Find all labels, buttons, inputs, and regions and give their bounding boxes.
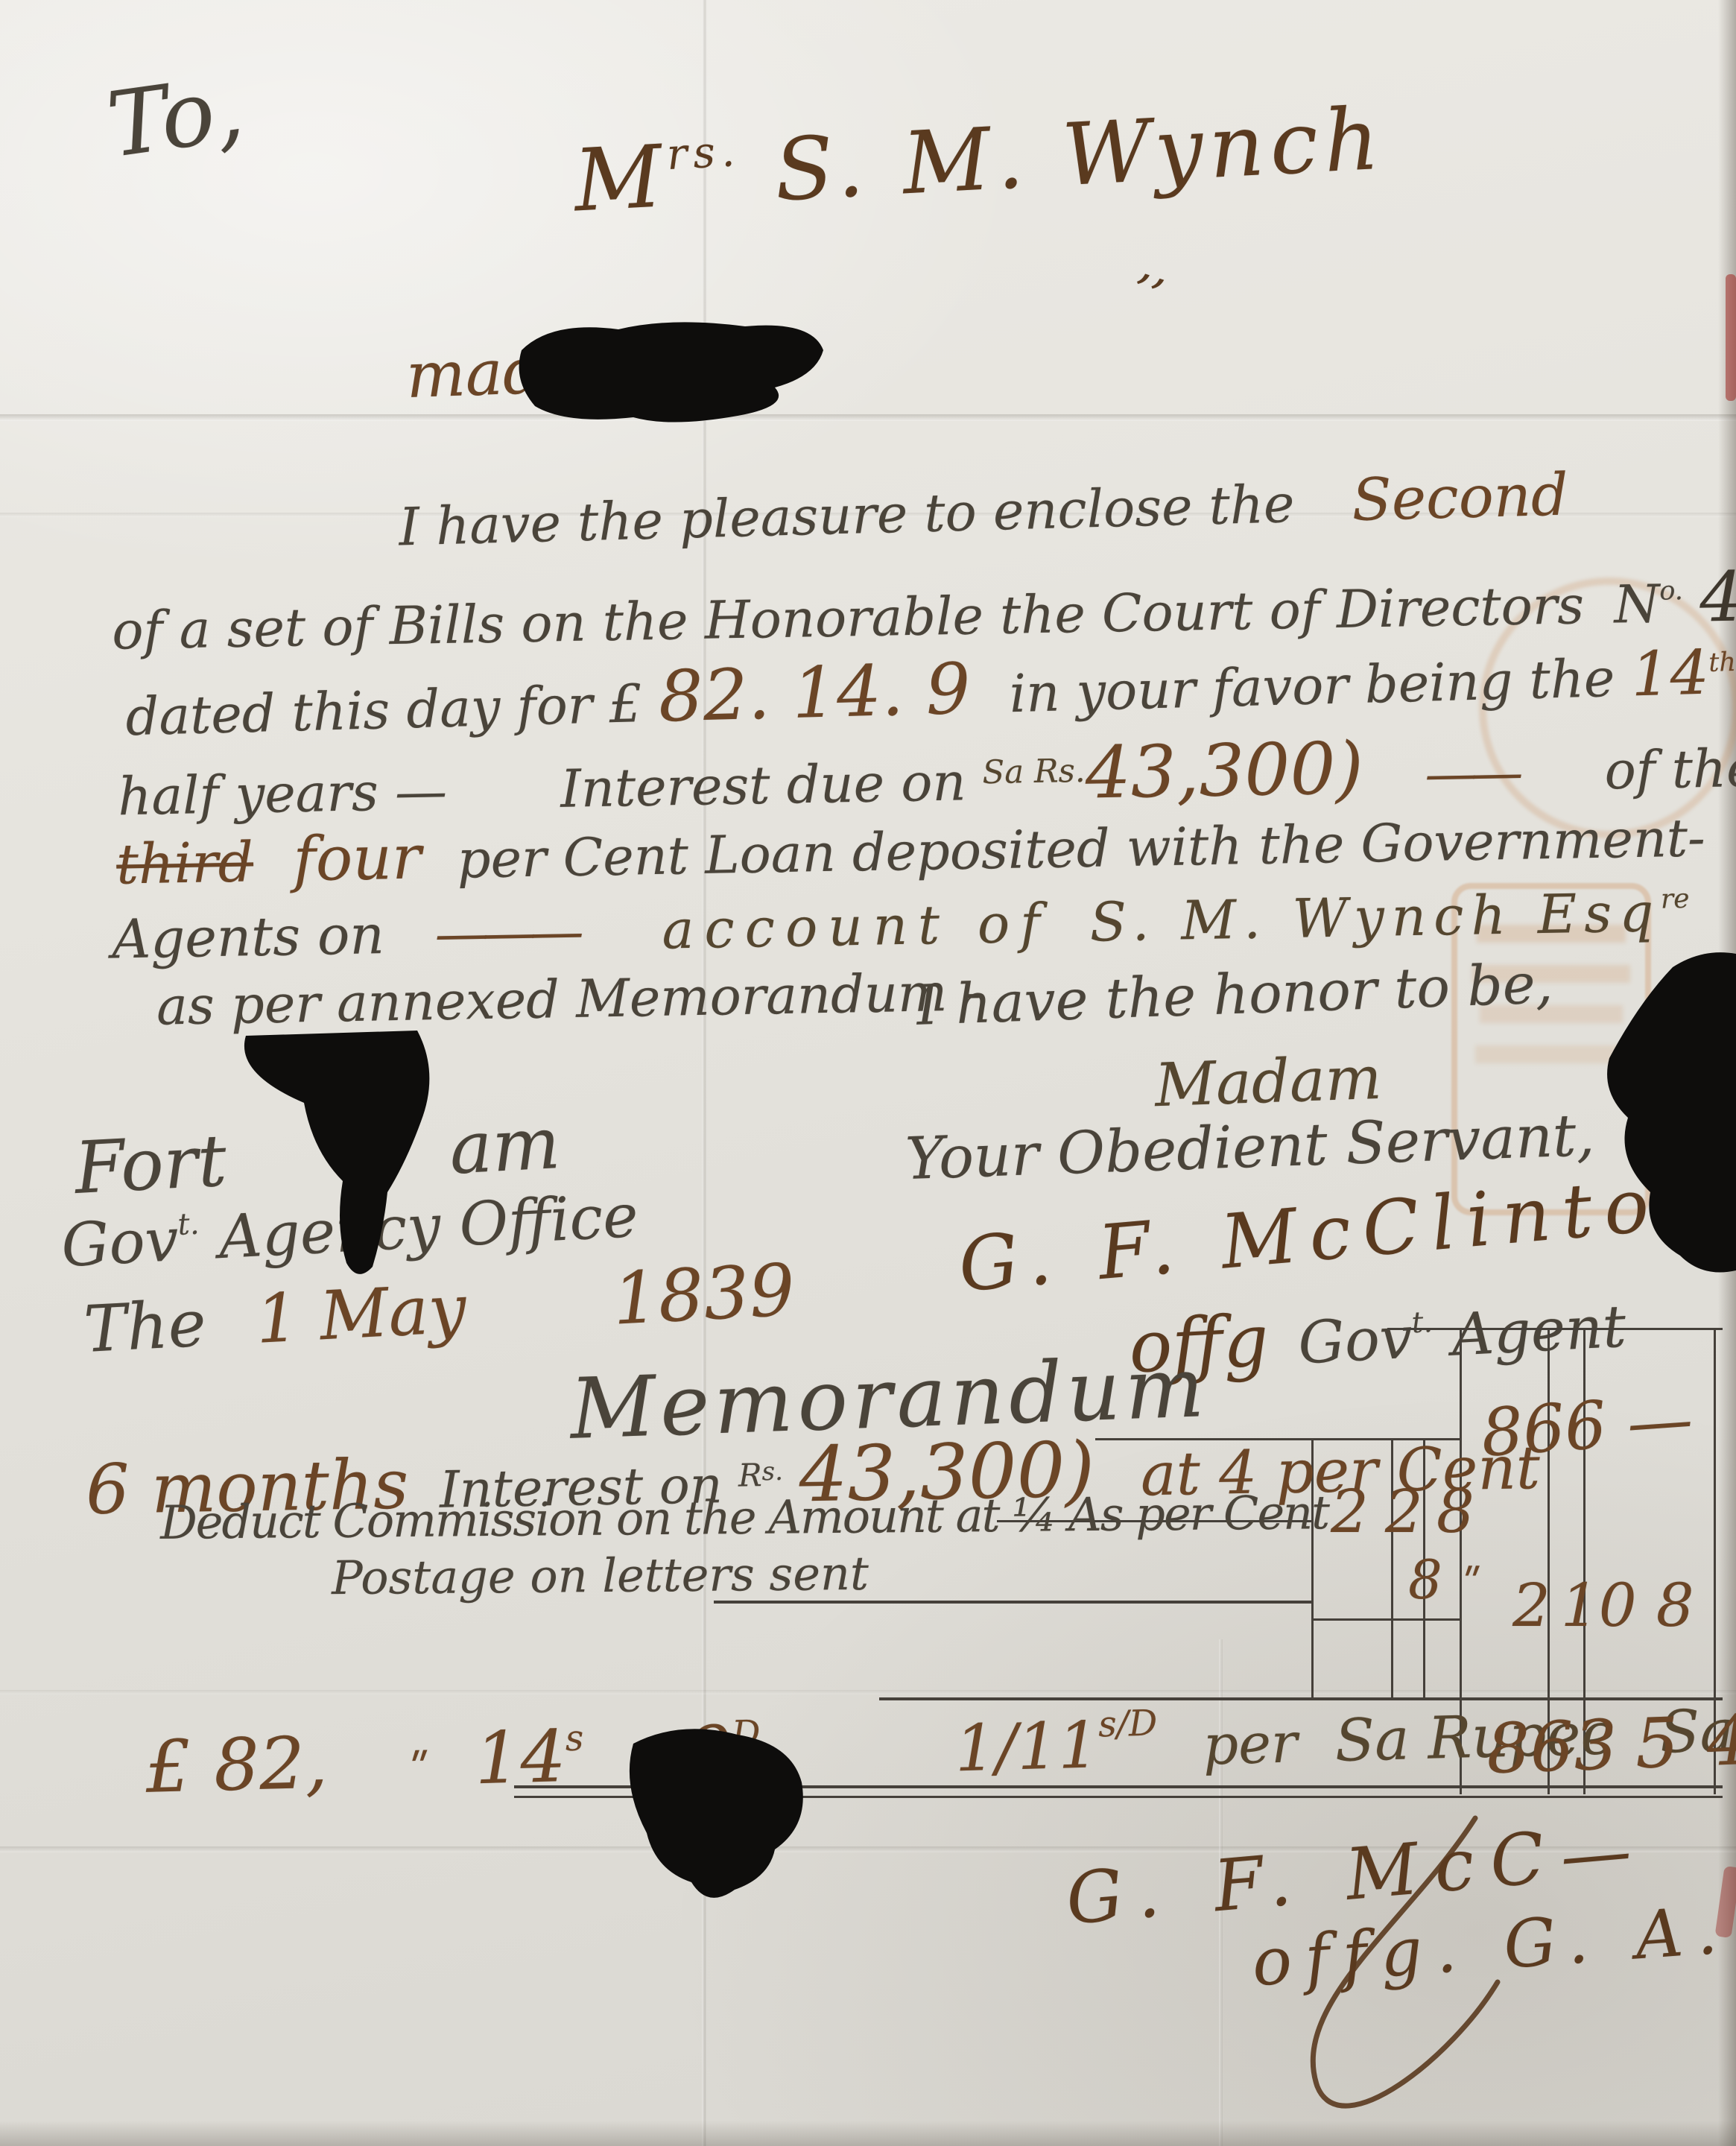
- closing-madam: Madam: [1153, 1043, 1382, 1121]
- fold-crease-horizontal-1: [0, 414, 1736, 421]
- letter-page: To, Mrs. S. M. Wynch ’’ mad I have the p…: [0, 0, 1736, 2146]
- addressee-line: Mrs. S. M. Wynch: [571, 89, 1387, 232]
- total-shillings: 14: [474, 1715, 567, 1800]
- memo-row-1-amount: 866—: [1479, 1380, 1695, 1472]
- ink-blot-salutation: [519, 322, 823, 422]
- grand-total-annas: 5: [1634, 1703, 1680, 1784]
- ink-flourish-mark: ’’: [1124, 264, 1170, 326]
- currency-abbrev: Sa Rs.: [982, 753, 1086, 791]
- principal-amount: 43,300): [1085, 727, 1364, 814]
- total-pence: 9: [685, 1710, 733, 1795]
- exchange-rate: 1/11: [954, 1708, 1100, 1786]
- memo-row-2: Deduct Commission on the Amount at ¼ As …: [160, 1485, 1329, 1550]
- memo-row-3: Postage on letters sent: [332, 1546, 869, 1605]
- body-line-1: I have the pleasure to enclose the Secon…: [398, 461, 1569, 559]
- salutation: mad: [405, 335, 544, 412]
- corrected-word: four: [293, 822, 422, 895]
- table-rule-bottom-double-2: [514, 1796, 1723, 1798]
- half-year-number: 14: [1630, 638, 1710, 711]
- grand-total-pies: 4: [1705, 1700, 1736, 1782]
- table-rule-inner-bottom: [1311, 1618, 1462, 1621]
- addressee-honorific: M: [571, 127, 671, 231]
- amount-sterling: 82. 14. 9: [658, 649, 972, 738]
- memo-row-3-amount: 8ʺ: [1408, 1548, 1482, 1611]
- account-holder: S. M. Wynch Esq: [1089, 881, 1661, 953]
- red-edge-mark-top: [1726, 274, 1736, 401]
- memo-subtotal: 2108: [1512, 1571, 1694, 1640]
- total-pounds: £ 82,: [145, 1721, 329, 1808]
- memo-row-1-annas: —: [1624, 1380, 1695, 1461]
- body-line-1-emphasis: Second: [1351, 461, 1569, 534]
- page-bottom-edge-shadow: [0, 2121, 1736, 2146]
- body-line-7: as per annexed Memorandum -: [156, 961, 981, 1036]
- memo-row-2-amount: 228: [1331, 1477, 1474, 1546]
- addressee-honorific-sup: rs.: [665, 126, 742, 180]
- date-year: 1839: [611, 1248, 797, 1341]
- dash-fill: ——: [1425, 741, 1518, 804]
- addressee-name: S. M. Wynch: [739, 89, 1387, 223]
- dateline-place-suffix: am: [447, 1101, 562, 1191]
- grand-total-rupees: 863: [1485, 1705, 1618, 1789]
- table-rule-top: [1387, 1328, 1723, 1330]
- crossed-out-word: third: [115, 830, 253, 896]
- bill-number: 44 —: [1699, 554, 1736, 637]
- date-day-month: 1 May: [254, 1270, 469, 1359]
- closing-honor: I have the honor to be,: [916, 952, 1554, 1038]
- to-label: To,: [101, 57, 250, 178]
- number-abbrev: N: [1614, 573, 1661, 635]
- grand-total: 86354: [1485, 1700, 1736, 1789]
- page-right-edge-shadow: [1718, 0, 1736, 2146]
- fold-crease-vertical-top: [702, 0, 707, 2146]
- dash-fill-2: ———: [434, 900, 578, 965]
